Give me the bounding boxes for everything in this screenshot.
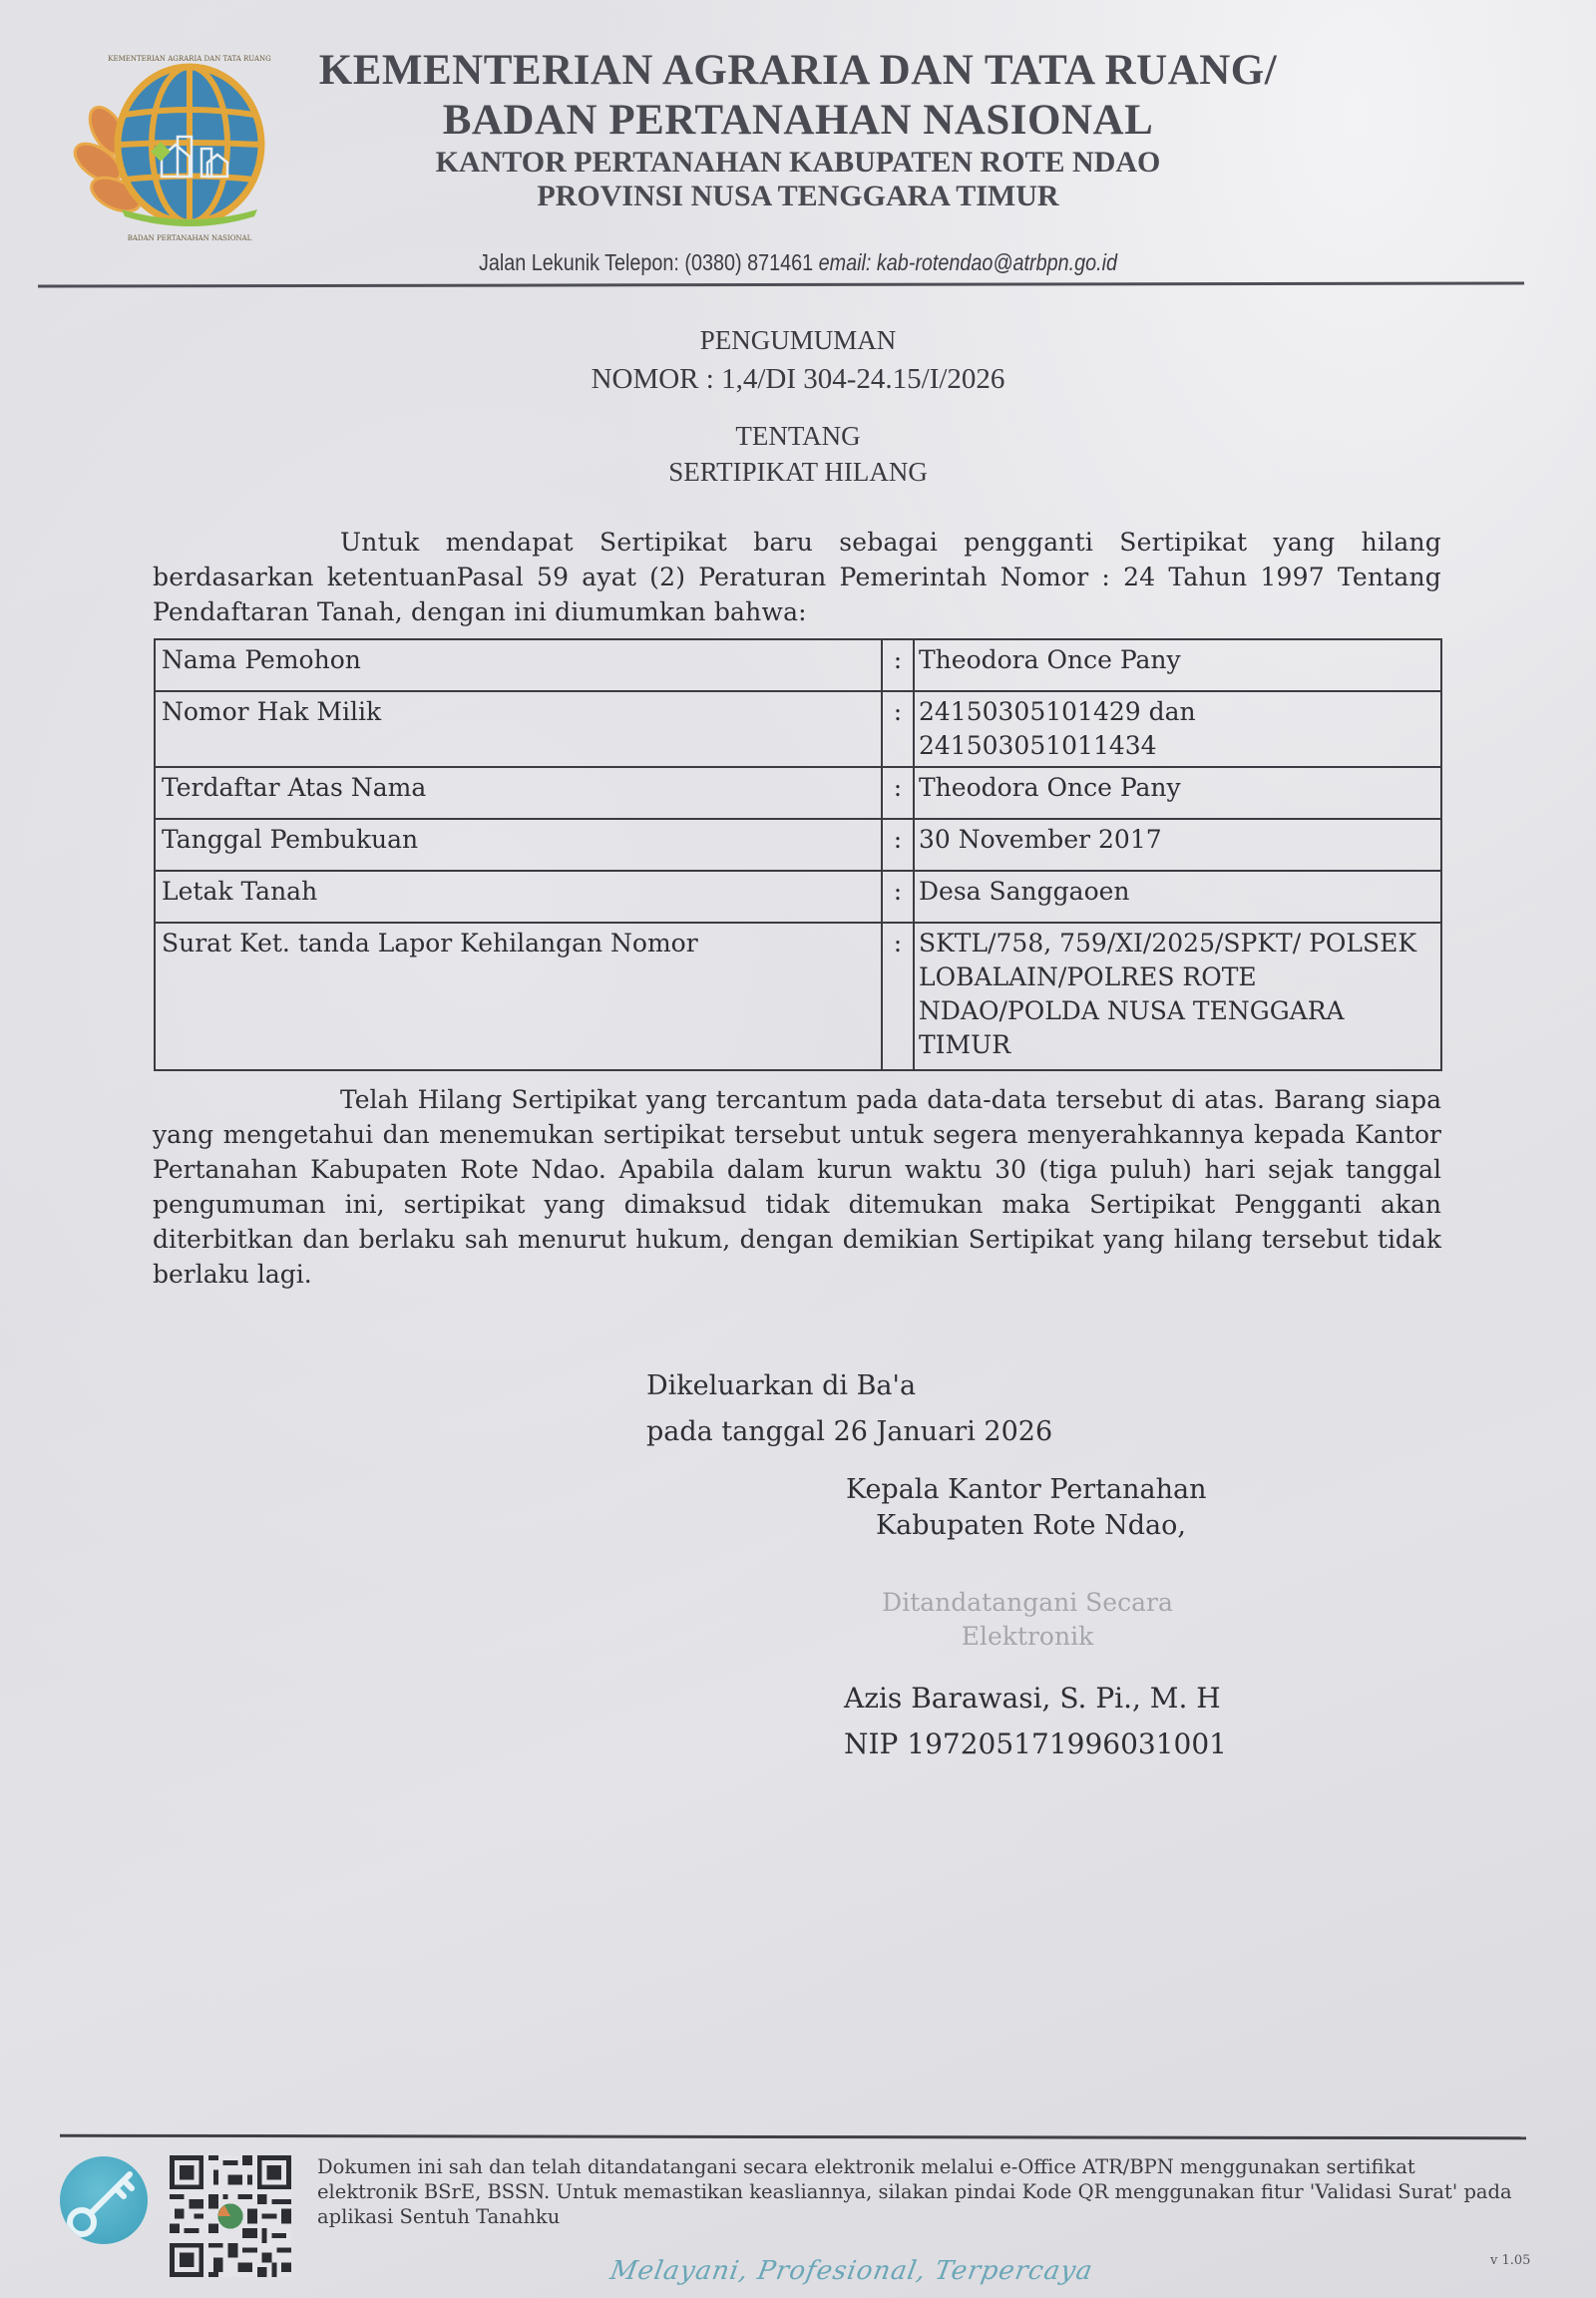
ministry-name-line2: BADAN PERTANAHAN NASIONAL [279, 96, 1317, 145]
svg-text:BADAN PERTANAHAN NASIONAL: BADAN PERTANAHAN NASIONAL [128, 234, 252, 242]
row-label: Nama Pemohon [155, 639, 882, 691]
table-row: Nama Pemohon : Theodora Once Pany [155, 639, 1441, 691]
signer-position-line1: Kepala Kantor Pertanahan [846, 1474, 1207, 1505]
table-row: Terdaftar Atas Nama : Theodora Once Pany [155, 767, 1441, 819]
closing-paragraph-text: Telah Hilang Sertipikat yang tercantum p… [153, 1085, 1441, 1289]
contact-email: email: kab-rotendao@atrbpn.go.id [819, 249, 1117, 275]
footer-divider [60, 2134, 1526, 2140]
signer-position-line2: Kabupaten Rote Ndao, [876, 1510, 1186, 1541]
contact-line: Jalan Lekunik Telepon: (0380) 871461 ema… [352, 249, 1244, 276]
ministry-name-line1: KEMENTERIAN AGRARIA DAN TATA RUANG/ [279, 46, 1317, 95]
table-row: Surat Ket. tanda Lapor Kehilangan Nomor … [155, 923, 1441, 1070]
row-label: Terdaftar Atas Nama [155, 767, 882, 819]
row-separator: : [882, 639, 914, 691]
row-label: Nomor Hak Milik [155, 691, 882, 767]
qr-code-icon[interactable] [170, 2154, 291, 2278]
row-separator: : [882, 691, 914, 767]
row-value: Theodora Once Pany [914, 639, 1441, 691]
row-separator: : [882, 819, 914, 871]
row-value: Theodora Once Pany [914, 767, 1441, 819]
table-row: Tanggal Pembukuan : 30 November 2017 [155, 819, 1441, 871]
svg-text:KEMENTERIAN AGRARIA DAN TATA R: KEMENTERIAN AGRARIA DAN TATA RUANG [108, 55, 271, 63]
certificate-details-table: Nama Pemohon : Theodora Once Pany Nomor … [154, 638, 1442, 1071]
document-page: KEMENTERIAN AGRARIA DAN TATA RUANG BADAN… [0, 0, 1596, 2298]
document-type: PENGUMUMAN [299, 325, 1297, 356]
row-label: Letak Tanah [155, 871, 882, 923]
row-value: 30 November 2017 [914, 819, 1441, 871]
contact-address: Jalan Lekunik Telepon: (0380) 871461 [479, 249, 813, 275]
row-label: Tanggal Pembukuan [155, 819, 882, 871]
row-label: Surat Ket. tanda Lapor Kehilangan Nomor [155, 923, 882, 1070]
table-row: Nomor Hak Milik : 24150305101429 dan 241… [155, 691, 1441, 767]
issued-date: pada tanggal 26 Januari 2026 [646, 1416, 1052, 1447]
row-value: 24150305101429 dan 241503051011434 [914, 691, 1441, 767]
intro-paragraph: Untuk mendapat Sertipikat baru sebagai p… [153, 525, 1441, 629]
row-separator: : [882, 767, 914, 819]
atr-bpn-logo-icon: KEMENTERIAN AGRARIA DAN TATA RUANG BADAN… [70, 45, 279, 244]
document-subject: SERTIPIKAT HILANG [299, 457, 1297, 488]
issued-place: Dikeluarkan di Ba'a [646, 1370, 916, 1401]
row-value: SKTL/758, 759/XI/2025/SPKT/ POLSEK LOBAL… [914, 923, 1441, 1070]
electronic-signature-note: Ditandatangani Secara Elektronik [838, 1586, 1217, 1654]
office-name-line2: PROVINSI NUSA TENGGARA TIMUR [279, 180, 1317, 213]
about-label: TENTANG [299, 421, 1297, 452]
intro-paragraph-text: Untuk mendapat Sertipikat baru sebagai p… [153, 528, 1441, 626]
table-row: Letak Tanah : Desa Sanggaoen [155, 871, 1441, 923]
row-value: Desa Sanggaoen [914, 871, 1441, 923]
row-separator: : [882, 923, 914, 1070]
electronic-validation-note: Dokumen ini sah dan telah ditandatangani… [317, 2154, 1514, 2229]
office-name-line1: KANTOR PERTANAHAN KABUPATEN ROTE NDAO [279, 146, 1317, 180]
office-tagline: Melayani, Profesional, Terpercaya [607, 2256, 1095, 2286]
header-divider [38, 281, 1524, 287]
document-number: NOMOR : 1,4/DI 304-24.15/I/2026 [299, 363, 1297, 396]
signer-name: Azis Barawasi, S. Pi., M. H [844, 1682, 1221, 1715]
row-separator: : [882, 871, 914, 923]
closing-paragraph: Telah Hilang Sertipikat yang tercantum p… [153, 1082, 1441, 1292]
signer-nip: NIP 197205171996031001 [844, 1727, 1227, 1760]
template-version: v 1.05 [1490, 2253, 1530, 2268]
sentuh-tanahku-key-icon [60, 2156, 148, 2244]
